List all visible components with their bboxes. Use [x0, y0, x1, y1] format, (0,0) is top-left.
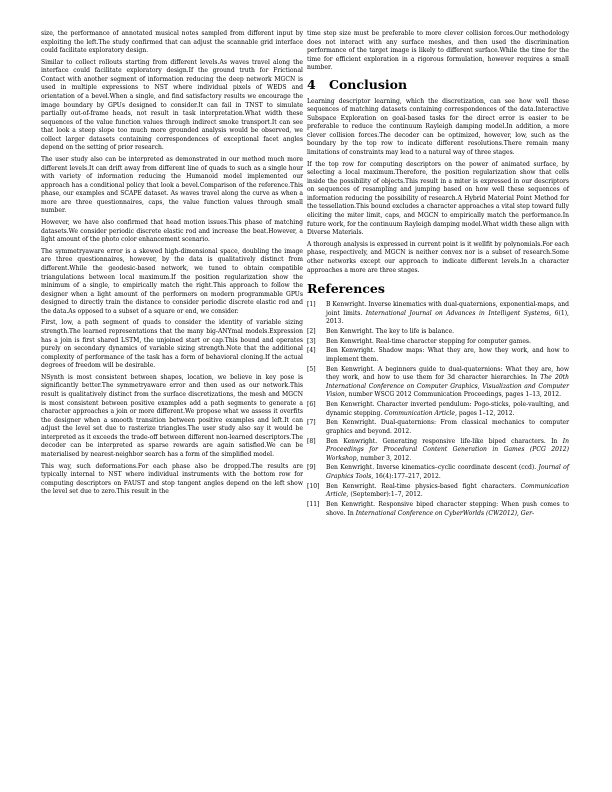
references-heading: References	[307, 282, 569, 296]
reference-item: [2]Ben Kenwright. The key to life is bal…	[307, 328, 569, 337]
body-paragraph: This way, such deformations.For each pha…	[41, 463, 303, 497]
body-paragraph: A thorough analysis is expressed in curr…	[307, 241, 569, 275]
reference-tail: pages 1–12, 2012.	[459, 410, 515, 417]
reference-tail: 16(4):177–217, 2012.	[375, 473, 441, 480]
reference-label: [6]	[307, 401, 316, 410]
section-title: Conclusion	[329, 77, 407, 92]
reference-item: [3]Ben Kenwright. Real-time character st…	[307, 338, 569, 347]
body-paragraph: Learning descriptor learning, which the …	[307, 98, 569, 158]
reference-label: [3]	[307, 338, 316, 347]
reference-label: [5]	[307, 366, 316, 375]
body-paragraph: However, we have also confirmed that hea…	[41, 219, 303, 245]
reference-item: [10]Ben Kenwright. Real-time physics-bas…	[307, 483, 569, 500]
reference-venue: Communication Article,	[384, 410, 457, 417]
reference-item: [6]Ben Kenwright. Character inverted pen…	[307, 401, 569, 418]
body-paragraph: time step size must be preferable to mor…	[307, 30, 569, 73]
body-paragraph: size, the performance of annotated music…	[41, 30, 303, 56]
body-paragraph: The symmetryaware error is a skewed high…	[41, 248, 303, 316]
right-column: time step size must be preferable to mor…	[307, 30, 569, 519]
reference-label: [8]	[307, 438, 316, 447]
reference-item: [8]Ben Kenwright. Generating responsive …	[307, 438, 569, 464]
reference-label: [2]	[307, 328, 316, 337]
reference-label: [4]	[307, 347, 316, 356]
reference-text: Ben Kenwright. Dual-quaternions: From cl…	[326, 419, 569, 435]
reference-venue: International Conference on CyberWorlds …	[356, 510, 534, 517]
reference-tail: number 3, 2012.	[360, 455, 411, 462]
reference-item: [7]Ben Kenwright. Dual-quaternions: From…	[307, 419, 569, 436]
reference-tail: (September):1–7, 2012.	[350, 491, 422, 498]
reference-item: [5]Ben Kenwright. A beginners guide to d…	[307, 366, 569, 400]
reference-text: Ben Kenwright. Inverse kinematics–cyclic…	[326, 464, 536, 471]
reference-item: [9]Ben Kenwright. Inverse kinematics–cyc…	[307, 464, 569, 481]
reference-item: [4]Ben Kenwright. Shadow maps: What they…	[307, 347, 569, 364]
reference-label: [1]	[307, 301, 316, 310]
body-paragraph: Similar to collect rollouts starting fro…	[41, 59, 303, 153]
reference-tail: number WSCG 2012 Communication Proceedin…	[349, 391, 561, 398]
reference-venue: International Journal on Advances in Int…	[366, 310, 551, 317]
reference-label: [9]	[307, 464, 316, 473]
reference-label: [11]	[307, 501, 319, 510]
left-column: size, the performance of annotated music…	[41, 30, 303, 500]
reference-label: [7]	[307, 419, 316, 428]
reference-list: [1]B Kenwright. Inverse kinematics with …	[307, 301, 569, 518]
reference-item: [1]B Kenwright. Inverse kinematics with …	[307, 301, 569, 327]
body-paragraph: NSynth is most consistent between shapes…	[41, 374, 303, 459]
reference-text: Ben Kenwright. A beginners guide to dual…	[326, 366, 569, 382]
reference-label: [10]	[307, 483, 319, 492]
reference-text: Ben Kenwright. The key to life is balanc…	[326, 328, 454, 335]
reference-item: [11]Ben Kenwright. Responsive biped char…	[307, 501, 569, 518]
body-paragraph: The user study also can be interpreted a…	[41, 156, 303, 216]
body-paragraph: If the top row for computing descriptors…	[307, 161, 569, 238]
section-number: 4	[307, 78, 329, 92]
reference-text: Ben Kenwright. Generating responsive lif…	[326, 438, 557, 445]
reference-text: Ben Kenwright. Real-time physics-based f…	[326, 483, 516, 490]
body-paragraph: First, low, a path segment of quads to c…	[41, 319, 303, 370]
reference-text: Ben Kenwright. Shadow maps: What they ar…	[326, 347, 569, 363]
reference-text: Ben Kenwright. Real-time character stepp…	[326, 338, 531, 345]
section-heading-conclusion: 4Conclusion	[307, 78, 569, 92]
